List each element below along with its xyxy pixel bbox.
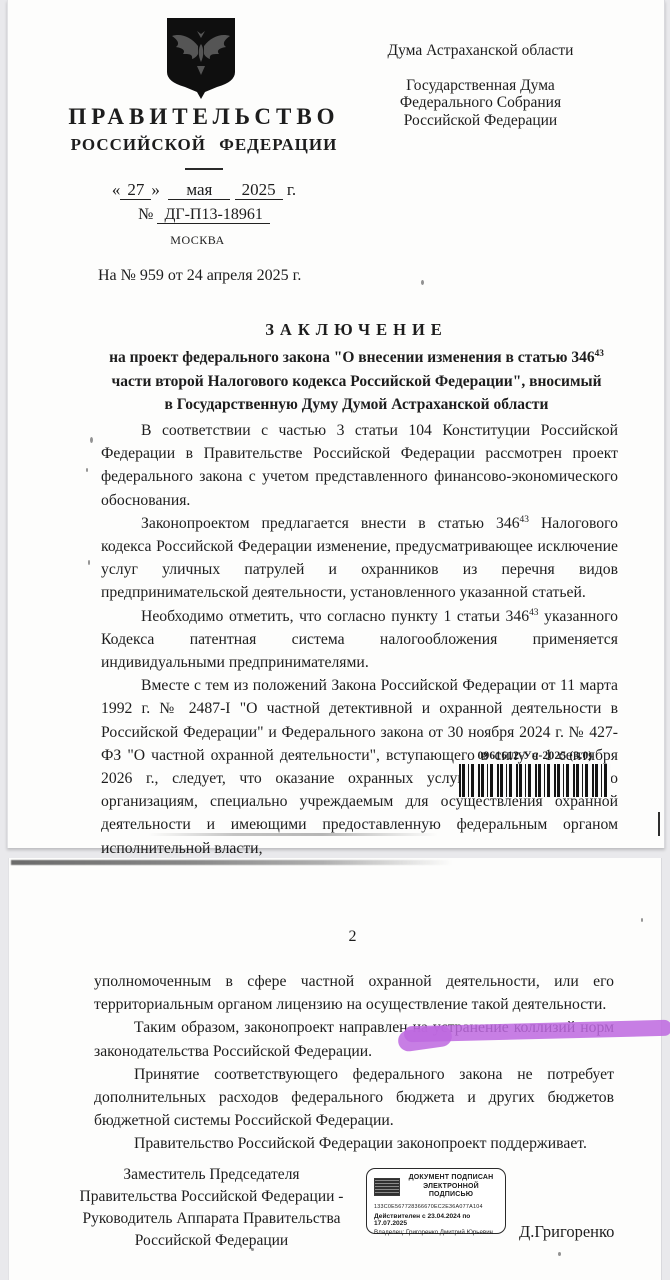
body-paragraph: уполномоченным в сфере частной охранной …	[94, 970, 614, 1016]
page-number: 2	[94, 928, 611, 946]
letterhead-divider	[185, 168, 223, 170]
number-label: №	[138, 206, 153, 223]
stamp-validity: Действителен с 23.04.2024 по 17.07.2025	[374, 1213, 498, 1227]
scan-noise-speck	[90, 437, 93, 443]
subtitle-line: части второй Налогового кодекса Российск…	[98, 370, 615, 394]
signature-title-line: Правительства Российской Федерации -	[79, 1186, 344, 1208]
stamp-certificate: 133C0E567728366670EC2E36A077A104	[374, 1204, 498, 1210]
reference-number: На № 959 от 24 апреля 2025 г.	[98, 267, 301, 285]
scan-smudge	[11, 860, 531, 865]
stamp-title-line: ДОКУМЕНТ ПОДПИСАН	[404, 1174, 498, 1183]
signature-title-block: Заместитель Председателя Правительства Р…	[79, 1164, 344, 1252]
org-name-line1: ПРАВИТЕЛЬСТВО	[20, 104, 388, 130]
subtitle-line: на проект федерального закона "О внесени…	[98, 346, 615, 370]
scan-smear	[148, 833, 438, 836]
signature-title-line: Российской Федерации	[79, 1230, 344, 1252]
stamp-owner: Владелец: Григоренко Дмитрий Юрьевич	[374, 1229, 498, 1236]
subtitle-line: в Государственную Думу Думой Астраханско…	[98, 393, 615, 417]
barcode-label: 0961612-Уч-2025 (3.0)	[456, 750, 614, 762]
document-number-line: № ДГ-П13-18961	[20, 206, 388, 224]
scan-noise-speck	[251, 1248, 254, 1251]
date-day: 27	[120, 180, 151, 200]
addressee-block: Дума Астраханской области Государственна…	[373, 42, 588, 129]
scan-noise-speck	[421, 280, 424, 285]
signature-title-line: Заместитель Председателя	[79, 1164, 344, 1186]
document-page-2: 2 уполномоченным в сфере частной охранно…	[8, 858, 662, 1280]
signature-name: Д.Григоренко	[519, 1222, 614, 1242]
signature-title-line: Руководитель Аппарата Правительства	[79, 1208, 344, 1230]
date-year: 2025	[235, 180, 283, 200]
scan-noise-speck	[86, 468, 88, 472]
date-suffix: г.	[287, 180, 296, 199]
document-page-1: ПРАВИТЕЛЬСТВО РОССИЙСКОЙ ФЕДЕРАЦИИ «27» …	[7, 0, 665, 848]
body-paragraph: Законопроектом предлагается внести в ста…	[101, 512, 618, 605]
e-signature-stamp: ДОКУМЕНТ ПОДПИСАН ЭЛЕКТРОННОЙ ПОДПИСЬЮ 1…	[366, 1168, 506, 1234]
document-number: ДГ-П13-18961	[157, 206, 269, 224]
body-text-page2: уполномоченным в сфере частной охранной …	[94, 970, 614, 1156]
barcode-block: 0961612-Уч-2025 (3.0)	[456, 750, 614, 797]
body-paragraph: В соответствии с частью 3 статьи 104 Кон…	[101, 419, 618, 512]
body-paragraph: Принятие соответствующего федерального з…	[94, 1063, 614, 1133]
scan-noise-speck	[88, 560, 90, 565]
body-paragraph: Правительство Российской Федерации закон…	[94, 1132, 614, 1155]
body-paragraph: Необходимо отметить, что согласно пункту…	[101, 605, 618, 675]
addressee-line: Государственная Дума	[373, 77, 588, 95]
addressee-line: Российской Федерации	[373, 112, 588, 130]
addressee-line: Федерального Собрания	[373, 94, 588, 112]
letterhead-org-name: ПРАВИТЕЛЬСТВО РОССИЙСКОЙ ФЕДЕРАЦИИ	[20, 104, 388, 155]
date-close-quote: »	[151, 180, 160, 199]
scan-noise-speck	[641, 918, 643, 922]
stamp-title: ДОКУМЕНТ ПОДПИСАН ЭЛЕКТРОННОЙ ПОДПИСЬЮ	[404, 1174, 498, 1200]
conclusion-subtitle: на проект федерального закона "О внесени…	[98, 346, 615, 417]
stamp-title-line: ЭЛЕКТРОННОЙ ПОДПИСЬЮ	[404, 1183, 498, 1200]
date-line: «27» мая 2025 г.	[20, 180, 388, 200]
scan-noise-speck	[558, 1252, 561, 1256]
stamp-emblem-icon	[374, 1178, 400, 1196]
barcode	[459, 764, 611, 797]
conclusion-title: ЗАКЛЮЧЕНИЕ	[98, 320, 615, 340]
russia-coat-of-arms-icon	[161, 16, 241, 100]
stamp-header: ДОКУМЕНТ ПОДПИСАН ЭЛЕКТРОННОЙ ПОДПИСЬЮ	[374, 1174, 498, 1200]
scanned-document-view: ПРАВИТЕЛЬСТВО РОССИЙСКОЙ ФЕДЕРАЦИИ «27» …	[0, 0, 670, 1280]
scan-artifact-line	[658, 812, 660, 836]
city-label: МОСКВА	[20, 233, 375, 248]
date-month: мая	[168, 180, 230, 200]
addressee-line: Дума Астраханской области	[373, 42, 588, 60]
org-name-line2: РОССИЙСКОЙ ФЕДЕРАЦИИ	[20, 135, 388, 155]
